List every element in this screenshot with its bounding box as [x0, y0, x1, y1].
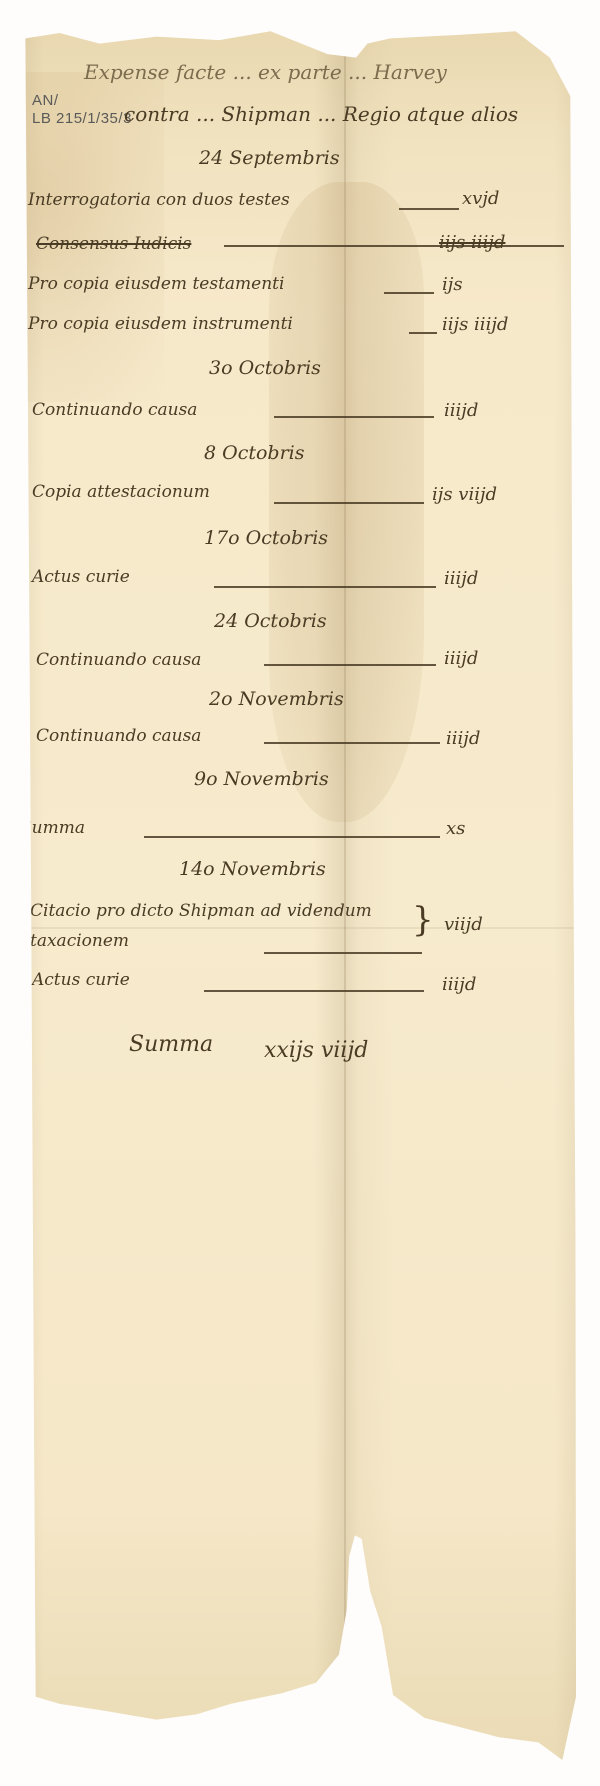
leader-line	[214, 586, 436, 588]
date-heading: 3o Octobris	[209, 357, 321, 379]
entry-item-label: Interrogatoria con duos testes	[28, 190, 290, 210]
entry-item-label: Actus curie	[32, 970, 130, 990]
total-amount: xxijs viijd	[264, 1038, 368, 1063]
total-label: Summa	[129, 1032, 213, 1057]
entry-item-amount: iiijd	[444, 400, 478, 421]
entry-item-label: Continuando causa	[32, 400, 197, 420]
entry-item-label: Continuando causa	[36, 650, 201, 670]
date-heading: 8 Octobris	[204, 442, 305, 464]
entry-item-amount: ijs viijd	[432, 484, 497, 505]
catalog-reference: AN/ LB 215/1/35/3	[32, 92, 132, 128]
entry-item-label-multiline: Citacio pro dicto Shipman ad videndum ta…	[30, 896, 410, 956]
leader-line	[409, 332, 437, 334]
heading-line-1: Expense facte ... ex parte ... Harvey	[84, 60, 447, 84]
subtotal-amount: xs	[446, 818, 465, 839]
date-heading: 24 Octobris	[214, 610, 327, 632]
entry-item-amount: xvjd	[462, 188, 499, 209]
entry-item-amount: viijd	[444, 914, 483, 935]
manuscript-page: AN/ LB 215/1/35/3 Expense facte ... ex p…	[14, 12, 584, 1767]
entry-item-amount: iiijd	[442, 974, 476, 995]
leader-line	[384, 292, 434, 294]
date-heading: 14o Novembris	[179, 858, 326, 880]
entry-item-label: Copia attestacionum	[32, 482, 210, 502]
leader-line	[144, 836, 440, 838]
entry-item-label: Pro copia eiusdem instrumenti	[28, 314, 293, 334]
entry-item-amount: ijs	[442, 274, 463, 295]
leader-line	[264, 952, 422, 954]
leader-line	[274, 416, 434, 418]
date-heading: 2o Novembris	[209, 688, 344, 710]
vertical-fold-crease	[344, 12, 346, 1767]
leader-line	[399, 208, 459, 210]
catalog-reference-line2: LB 215/1/35/3	[32, 110, 132, 128]
date-heading: 24 Septembris	[199, 147, 340, 169]
leader-line	[264, 742, 440, 744]
entry-item-label: Pro copia eiusdem testamenti	[28, 274, 284, 294]
date-heading: 9o Novembris	[194, 768, 329, 790]
leader-line	[264, 664, 436, 666]
leader-line	[274, 502, 424, 504]
leader-line	[204, 990, 424, 992]
subtotal-label: Summa	[20, 818, 85, 838]
brace-glyph: }	[412, 900, 434, 940]
entry-item-amount: iiijd	[444, 568, 478, 589]
entry-item-amount: iijs iiijd	[442, 314, 508, 335]
heading-line-2: contra ... Shipman ... Regio atque alios	[124, 102, 518, 126]
catalog-reference-line1: AN/	[32, 92, 132, 110]
entry-item-label: Actus curie	[32, 567, 130, 587]
date-heading: 17o Octobris	[204, 527, 328, 549]
strikethrough-line	[224, 245, 564, 247]
entry-item-amount-struck: iijs iiijd	[439, 232, 505, 253]
entry-item-label: Continuando causa	[36, 726, 201, 746]
entry-item-amount: iiijd	[446, 728, 480, 749]
entry-item-label-struck: Consensus Iudicis	[36, 234, 191, 254]
entry-item-amount: iiijd	[444, 648, 478, 669]
